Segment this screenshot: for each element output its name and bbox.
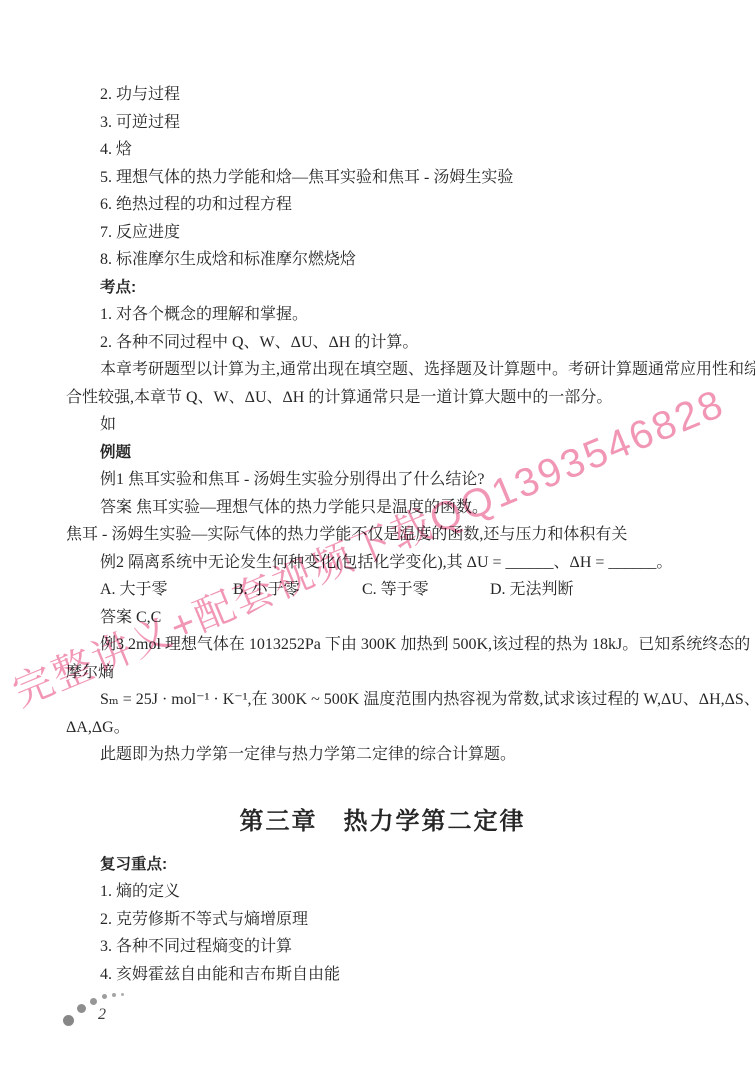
example3-line: 摩尔熵 [66,659,699,687]
option-d: D. 无法判断 [490,576,574,604]
review-item: 3. 各种不同过程熵变的计算 [66,933,699,961]
review-item: 4. 亥姆霍兹自由能和吉布斯自由能 [66,961,699,989]
page-number-dots-icon [90,998,97,1005]
outline-item: 3. 可逆过程 [66,109,699,137]
example3-line: 例3 2mol 理想气体在 1013252Pa 下由 300K 加热到 500K… [66,631,699,659]
page-number-dots-icon [77,1004,86,1013]
outline-item: 2. 功与过程 [66,81,699,109]
page-number-dots-icon [121,993,124,996]
example3-note: 此题即为热力学第一定律与热力学第二定律的综合计算题。 [66,741,699,769]
page-content: 2. 功与过程 3. 可逆过程 4. 焓 5. 理想气体的热力学能和焓—焦耳实验… [66,81,699,988]
page-number-dots-icon [102,994,107,999]
outline-item: 8. 标准摩尔生成焓和标准摩尔燃烧焓 [66,246,699,274]
option-b: B. 小于零 [233,576,362,604]
example3-formula-line: Sₘ = 25J · mol⁻¹ · K⁻¹,在 300K ~ 500K 温度范… [66,686,699,714]
example2-question: 例2 隔离系统中无论发生何种变化(包括化学变化),其 ΔU = ______、Δ… [66,549,699,577]
example2-answer: 答案 C,C [66,604,699,632]
review-points-label: 复习重点: [66,851,699,879]
exam-point-item: 2. 各种不同过程中 Q、W、ΔU、ΔH 的计算。 [66,329,699,357]
review-item: 1. 熵的定义 [66,878,699,906]
option-a: A. 大于零 [100,576,233,604]
examples-header: 例题 [66,439,699,467]
outline-item: 5. 理想气体的热力学能和焓—焦耳实验和焦耳 - 汤姆生实验 [66,164,699,192]
page-number-dots-icon [112,993,116,997]
option-c: C. 等于零 [362,576,490,604]
exam-points-label: 考点: [66,274,699,302]
intro-paragraph-line: 本章考研题型以计算为主,通常出现在填空题、选择题及计算题中。考研计算题通常应用性… [66,356,699,384]
chapter-title: 第三章 热力学第二定律 [66,805,699,839]
outline-item: 7. 反应进度 [66,219,699,247]
exam-point-item: 1. 对各个概念的理解和掌握。 [66,301,699,329]
example1-answer-line: 答案 焦耳实验—理想气体的热力学能只是温度的函数。 [66,494,699,522]
example2-options: A. 大于零 B. 小于零 C. 等于零 D. 无法判断 [66,576,699,604]
review-item: 2. 克劳修斯不等式与熵增原理 [66,906,699,934]
document-page: 2. 功与过程 3. 可逆过程 4. 焓 5. 理想气体的热力学能和焓—焦耳实验… [0,0,755,1084]
such-as-line: 如 [66,411,699,439]
page-number: 2 [98,1006,106,1024]
example3-line: ΔA,ΔG。 [66,714,699,742]
example1-question: 例1 焦耳实验和焦耳 - 汤姆生实验分别得出了什么结论? [66,466,699,494]
outline-item: 6. 绝热过程的功和过程方程 [66,191,699,219]
example1-answer-line: 焦耳 - 汤姆生实验—实际气体的热力学能不仅是温度的函数,还与压力和体积有关 [66,521,699,549]
outline-item: 4. 焓 [66,136,699,164]
page-number-dots-icon [63,1015,74,1026]
intro-paragraph-line: 合性较强,本章节 Q、W、ΔU、ΔH 的计算通常只是一道计算大题中的一部分。 [66,384,699,412]
